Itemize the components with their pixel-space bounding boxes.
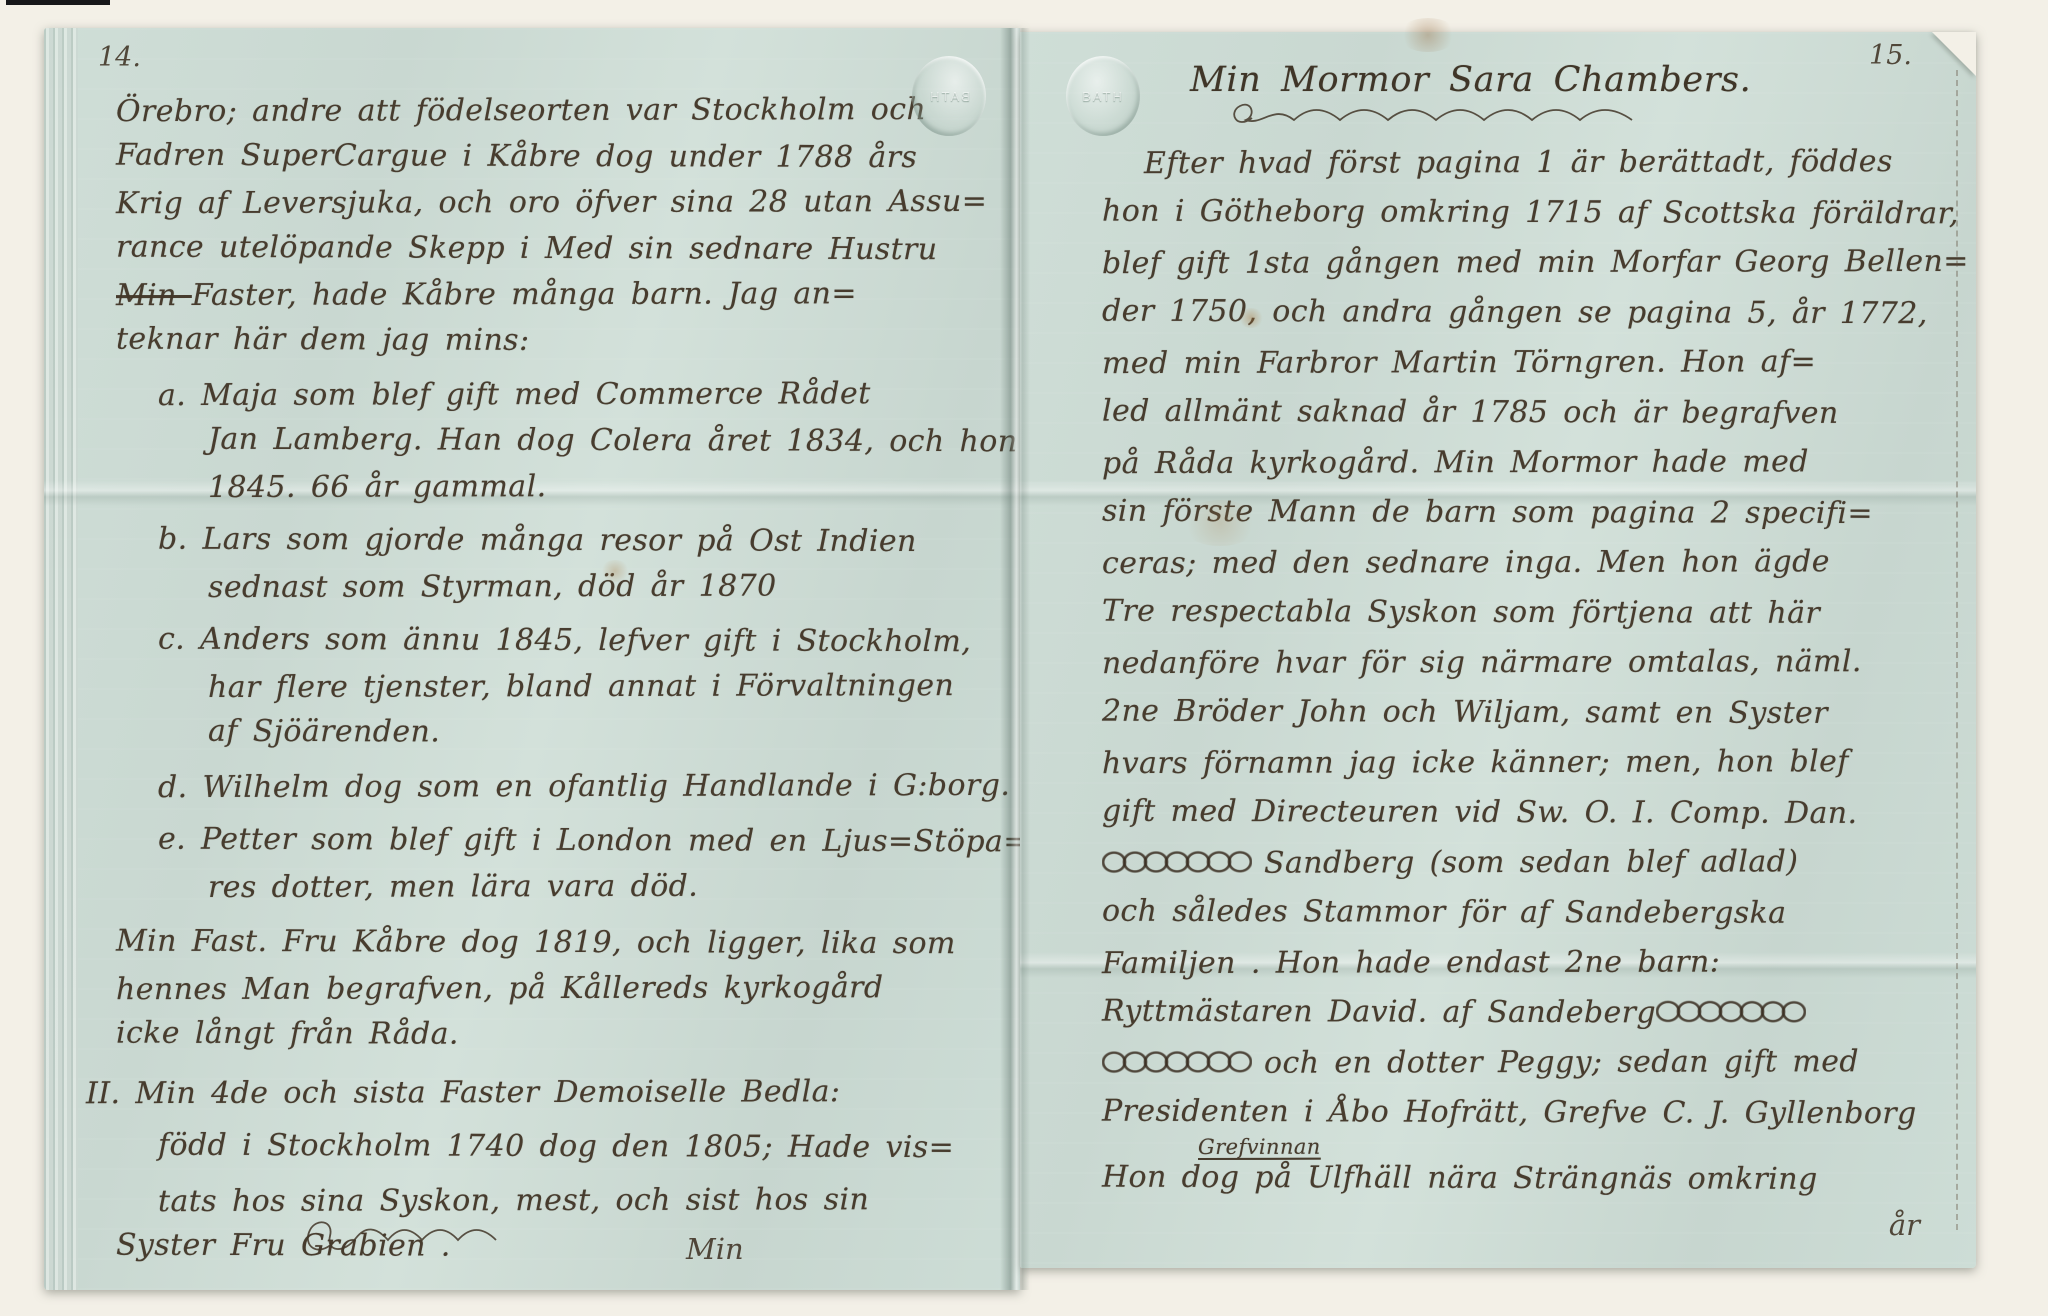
bath-embossed-stamp-left: BATH [912,56,986,136]
bath-stamp-text: BATH [928,89,970,104]
manuscript-line: der 1750, och andra gången se pagina 5, … [1102,287,1968,340]
manuscript-line: gift med Directeuren vid Sw. O. I. Comp.… [1102,787,1968,840]
manuscript-line: Ryttmästaren David. af Sandeberg [1102,987,1968,1040]
manuscript-line: 1845. 66 år gammal. [208,463,1012,511]
page-number-14: 14. [98,42,141,73]
scribbled-out-word [1102,847,1252,877]
manuscript-line: led allmänt saknad år 1785 och är begraf… [1102,387,1968,440]
manuscript-line: II. Min 4de och sista Faster Demoiselle … [86,1069,1012,1117]
manuscript-line: Efter hvad först pagina 1 är berättadt, … [1144,137,1968,189]
scribbled-out-word [1656,996,1806,1026]
manuscript-line: Familjen . Hon hade endast 2ne barn: [1102,937,1968,989]
manuscript-line: Min Fast. Fru Kåbre dog 1819, och ligger… [116,919,1012,968]
manuscript-line: har flere tjenster, bland annat i Förval… [208,663,1012,711]
manuscript-line: 2ne Bröder John och Wiljam, samt en Syst… [1102,687,1968,740]
manuscript-line: rance utelöpande Skepp i Med sin sednare… [116,225,1012,274]
manuscript-line: och således Stammor för af Sandebergska [1102,887,1968,940]
manuscript-line: hon i Götheborg omkring 1715 af Scottska… [1102,187,1968,240]
manuscript-line: Tre respectabla Syskon som förtjena att … [1102,587,1968,640]
stain-spot [1238,308,1264,328]
manuscript-line: nedanföre hvar för sig närmare omtalas, … [1102,637,1968,689]
manuscript-line: hennes Man begrafven, på Kållereds kyrko… [116,965,1012,1013]
manuscript-line: Jan Lamberg. Han dog Colera året 1834, o… [208,417,1012,466]
manuscript-scan: 14. Örebro; andre att födelseorten var S… [0,0,2048,1316]
manuscript-text-left: Örebro; andre att födelseorten var Stock… [116,88,1012,1270]
manuscript-line: d. Wilhelm dog som en ofantlig Handlande… [158,763,1012,811]
manuscript-line: och en dotter Peggy; sedan gift med [1102,1037,1968,1089]
manuscript-line: på Råda kyrkogård. Min Mormor hade med [1102,437,1968,489]
manuscript-line: teknar här dem jag mins: [116,317,1012,366]
stain-spot [600,560,630,582]
manuscript-line: med min Farbror Martin Törngren. Hon af= [1102,337,1968,389]
corner-fold [1932,32,1976,76]
manuscript-line: Hon dog på Ulfhäll nära Strängnäs omkrin… [1102,1153,1968,1206]
manuscript-line: Krig af Leversjuka, och oro öfver sina 2… [116,179,1012,227]
heading-flourish [1222,96,1662,130]
catchword-left: Min [686,1232,744,1266]
stacked-page-edges [44,28,78,1290]
manuscript-line: tats hos sina Syskon, mest, och sist hos… [158,1177,1012,1225]
page-heading: Min Mormor Sara Chambers. [1190,60,1968,100]
manuscript-line: a. Maja som blef gift med Commerce Rådet [158,371,1012,419]
manuscript-line: icke långt från Råda. [116,1011,1012,1060]
manuscript-line: res dotter, men lära vara död. [208,863,1012,911]
manuscript-line: född i Stockholm 1740 dog den 1805; Hade… [158,1123,1012,1172]
left-page: 14. Örebro; andre att födelseorten var S… [44,28,1020,1290]
manuscript-line: c. Anders som ännu 1845, lefver gift i S… [158,617,1012,666]
manuscript-line: Örebro; andre att födelseorten var Stock… [116,87,1012,135]
manuscript-line: Syster Fru Grabien . [116,1223,1012,1272]
manuscript-line: Min Faster, hade Kåbre många barn. Jag a… [116,271,1012,319]
scan-edge-artifact [6,0,110,5]
manuscript-line: Sandberg (som sedan blef adlad) [1102,837,1968,889]
bath-embossed-stamp-right: BATH [1066,56,1140,136]
manuscript-line: Presidenten i Åbo Hofrätt, Grefve C. J. … [1102,1087,1968,1140]
center-fold-crease [1000,28,1030,1290]
manuscript-text-right: Min Mormor Sara Chambers. Efter hvad för… [1102,60,1968,1204]
manuscript-lines-right: Efter hvad först pagina 1 är berättadt, … [1102,138,1968,1204]
manuscript-line: blef gift 1sta gången med min Morfar Geo… [1102,237,1968,289]
manuscript-line: Fadren SuperCargue i Kåbre dog under 178… [116,133,1012,182]
bath-stamp-text: BATH [1082,89,1124,104]
right-edge-stitching [1956,70,1958,1230]
manuscript-line: e. Petter som blef gift i London med en … [158,817,1012,866]
manuscript-line: af Sjöärenden. [208,709,1012,758]
manuscript-line: hvars förnamn jag icke känner; men, hon … [1102,737,1968,789]
stain-spot [1180,500,1260,546]
end-flourish [300,1212,520,1268]
catchword-right: år [1889,1208,1920,1242]
right-page: 15. Min Mormor Sara Chambers. Efter hvad… [1020,32,1976,1268]
manuscript-line: b. Lars som gjorde många resor på Ost In… [158,517,1012,566]
scribbled-out-word [1102,1047,1252,1077]
stain-spot [1398,18,1458,52]
